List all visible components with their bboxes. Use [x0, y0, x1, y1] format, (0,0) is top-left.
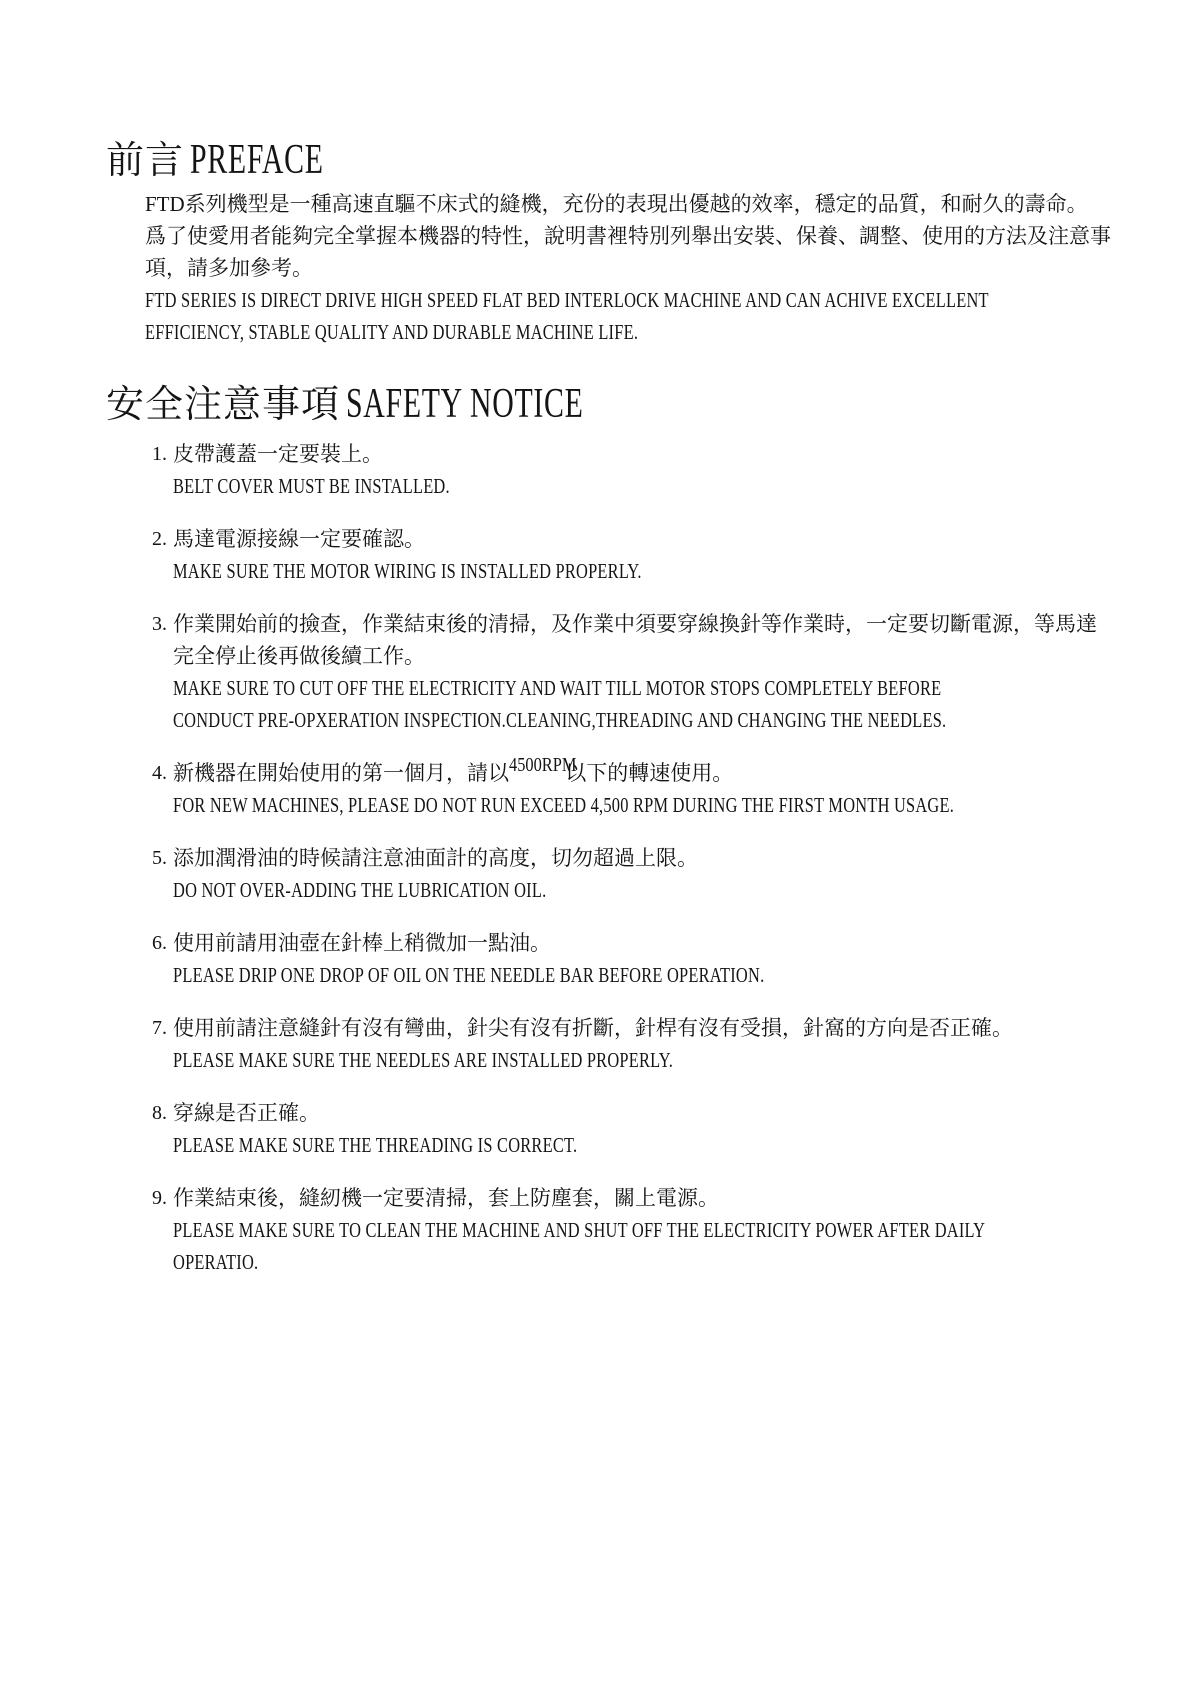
item-text-zh: 皮帶護蓋一定要裝上。: [173, 438, 1152, 470]
safety-item-4: 4. 新機器在開始使用的第一個月，請以4500RPM以下的轉速使用。 FOR N…: [152, 757, 1152, 821]
item-text-en: PLEASE MAKE SURE THE NEEDLES ARE INSTALL…: [173, 1044, 937, 1076]
item-text-zh: 完全停止後再做後續工作。: [173, 640, 1152, 672]
item-text-en: FOR NEW MACHINES, PLEASE DO NOT RUN EXCE…: [173, 789, 937, 821]
item-text-zh: 馬達電源接線一定要確認。: [173, 523, 1152, 555]
item-number: 1.: [152, 438, 167, 470]
safety-item-5: 5. 添加潤滑油的時候請注意油面計的高度，切勿超過上限。 DO NOT OVER…: [152, 842, 1152, 906]
safety-heading-en: SAFETY NOTICE: [346, 380, 584, 428]
item-text-zh-pre: 新機器在開始使用的第一個月，請以: [173, 761, 509, 785]
item-number: 6.: [152, 927, 167, 959]
item-number: 5.: [152, 842, 167, 874]
preface-line-en: FTD SERIES IS DIRECT DRIVE HIGH SPEED FL…: [145, 284, 917, 316]
item-text-zh: 使用前請注意縫針有沒有彎曲，針尖有沒有折斷，針桿有沒有受損，針窩的方向是否正確。: [173, 1012, 1152, 1044]
item-text-zh: 新機器在開始使用的第一個月，請以4500RPM以下的轉速使用。: [173, 757, 1152, 789]
safety-item-1: 1. 皮帶護蓋一定要裝上。 BELT COVER MUST BE INSTALL…: [152, 438, 1152, 502]
preface-line-zh: 爲了使愛用者能夠完全掌握本機器的特性，說明書裡特別列舉出安裝、保養、調整、使用的…: [145, 220, 1135, 252]
item-number: 2.: [152, 523, 167, 555]
item-text-en: OPERATIO.: [173, 1246, 937, 1278]
item-text-en: MAKE SURE THE MOTOR WIRING IS INSTALLED …: [173, 555, 937, 587]
safety-item-7: 7. 使用前請注意縫針有沒有彎曲，針尖有沒有折斷，針桿有沒有受損，針窩的方向是否…: [152, 1012, 1152, 1076]
item-number: 4.: [152, 757, 167, 789]
item-text-en: CONDUCT PRE-OPXERATION INSPECTION.CLEANI…: [173, 704, 937, 736]
preface-heading-zh: 前言: [106, 140, 184, 182]
item-text-zh-post: 以下的轉速使用。: [565, 761, 733, 785]
item-number: 7.: [152, 1012, 167, 1044]
preface-line-zh: 項，請多加參考。: [145, 252, 1135, 284]
item-text-en: DO NOT OVER-ADDING THE LUBRICATION OIL.: [173, 874, 937, 906]
item-text-en: PLEASE MAKE SURE TO CLEAN THE MACHINE AN…: [173, 1214, 937, 1246]
safety-item-3: 3. 作業開始前的撿查，作業結束後的清掃，及作業中須要穿線換針等作業時，一定要切…: [152, 608, 1152, 736]
item-text-en: PLEASE MAKE SURE THE THREADING IS CORREC…: [173, 1129, 937, 1161]
item-text-zh: 作業開始前的撿查，作業結束後的清掃，及作業中須要穿線換針等作業時，一定要切斷電源…: [173, 608, 1152, 640]
manual-page: 前言PREFACE FTD系列機型是一種高速直驅不床式的縫機，充份的表現出優越的…: [0, 0, 1191, 1684]
item-text-zh: 作業結束後，縫紉機一定要清掃，套上防塵套，關上電源。: [173, 1182, 1152, 1214]
item-text-zh: 使用前請用油壺在針棒上稍微加一點油。: [173, 927, 1152, 959]
item-number: 3.: [152, 608, 167, 640]
rpm-superscript: 4500RPM: [509, 749, 576, 781]
item-text-en: PLEASE DRIP ONE DROP OF OIL ON THE NEEDL…: [173, 959, 937, 991]
item-number: 9.: [152, 1182, 167, 1214]
item-number: 8.: [152, 1097, 167, 1129]
safety-item-9: 9. 作業結束後，縫紉機一定要清掃，套上防塵套，關上電源。 PLEASE MAK…: [152, 1182, 1152, 1278]
preface-line-en: EFFICIENCY, STABLE QUALITY AND DURABLE M…: [145, 316, 917, 348]
safety-item-8: 8. 穿線是否正確。 PLEASE MAKE SURE THE THREADIN…: [152, 1097, 1152, 1161]
item-text-zh: 穿線是否正確。: [173, 1097, 1152, 1129]
safety-notice-list: 1. 皮帶護蓋一定要裝上。 BELT COVER MUST BE INSTALL…: [152, 438, 1152, 1299]
safety-item-2: 2. 馬達電源接線一定要確認。 MAKE SURE THE MOTOR WIRI…: [152, 523, 1152, 587]
item-text-en: MAKE SURE TO CUT OFF THE ELECTRICITY AND…: [173, 672, 937, 704]
safety-item-6: 6. 使用前請用油壺在針棒上稍微加一點油。 PLEASE DRIP ONE DR…: [152, 927, 1152, 991]
safety-heading-zh: 安全注意事項: [106, 384, 340, 426]
item-text-en: BELT COVER MUST BE INSTALLED.: [173, 470, 937, 502]
preface-paragraph: FTD系列機型是一種高速直驅不床式的縫機，充份的表現出優越的效率，穩定的品質，和…: [145, 188, 1135, 348]
preface-heading: 前言PREFACE: [106, 129, 378, 184]
preface-heading-en: PREFACE: [190, 136, 324, 184]
safety-notice-heading: 安全注意事項SAFETY NOTICE: [106, 373, 681, 428]
item-text-zh: 添加潤滑油的時候請注意油面計的高度，切勿超過上限。: [173, 842, 1152, 874]
preface-line-zh: FTD系列機型是一種高速直驅不床式的縫機，充份的表現出優越的效率，穩定的品質，和…: [145, 188, 1135, 220]
